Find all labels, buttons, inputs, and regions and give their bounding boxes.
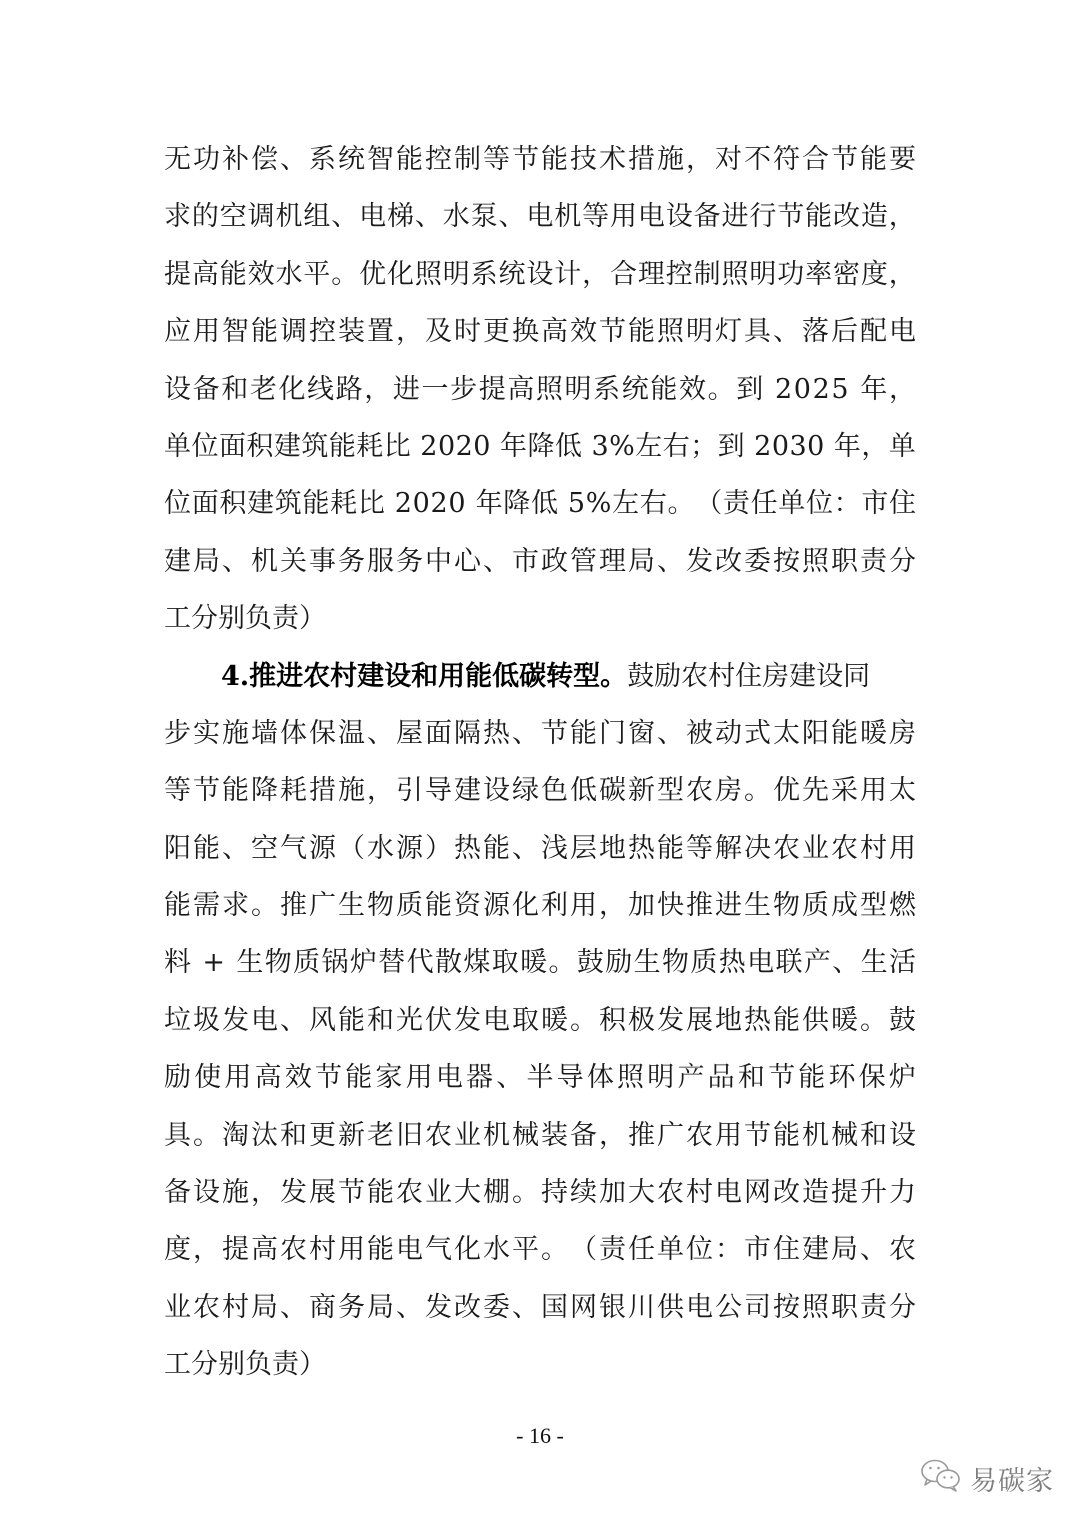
- text-line: 位面积建筑能耗比 2020 年降低 5%左右。（责任单位：市住: [164, 475, 916, 532]
- text-line: 阳能、空气源（水源）热能、浅层地热能等解决农业农村用: [164, 820, 916, 877]
- text-line: 具。淘汰和更新老旧农业机械装备，推广农用节能机械和设: [164, 1107, 916, 1164]
- text-line: 单位面积建筑能耗比 2020 年降低 3%左右；到 2030 年，单: [164, 418, 916, 475]
- heading-line-text: 鼓励农村住房建设同: [627, 648, 870, 705]
- text-line: 备设施，发展节能农业大棚。持续加大农村电网改造提升力: [164, 1164, 916, 1221]
- watermark-label: 易碳家: [970, 1459, 1054, 1498]
- wechat-icon: [920, 1458, 962, 1498]
- text-line: 工分别负责）: [164, 1336, 916, 1393]
- section-heading-line: 4.推进农村建设和用能低碳转型。鼓励农村住房建设同: [164, 648, 916, 705]
- text-line: 能需求。推广生物质能资源化利用，加快推进生物质成型燃: [164, 877, 916, 934]
- document-body: 无功补偿、系统智能控制等节能技术措施，对不符合节能要 求的空调机组、电梯、水泵、…: [164, 131, 916, 1394]
- page-number: - 16 -: [0, 1423, 1080, 1449]
- text-line: 料 + 生物质锅炉替代散煤取暖。鼓励生物质热电联产、生活: [164, 934, 916, 991]
- text-line: 工分别负责）: [164, 590, 916, 647]
- text-line: 垃圾发电、风能和光伏发电取暖。积极发展地热能供暖。鼓: [164, 992, 916, 1049]
- text-line: 励使用高效节能家用电器、半导体照明产品和节能环保炉: [164, 1049, 916, 1106]
- watermark: 易碳家: [920, 1458, 1054, 1498]
- text-line: 提高能效水平。优化照明系统设计，合理控制照明功率密度，: [164, 246, 916, 303]
- text-line: 设备和老化线路，进一步提高照明系统能效。到 2025 年，: [164, 361, 916, 418]
- text-line: 建局、机关事务服务中心、市政管理局、发改委按照职责分: [164, 533, 916, 590]
- text-line: 度，提高农村用能电气化水平。（责任单位：市住建局、农: [164, 1221, 916, 1278]
- section-heading: 4.推进农村建设和用能低碳转型。: [221, 648, 627, 705]
- text-line: 等节能降耗措施，引导建设绿色低碳新型农房。优先采用太: [164, 762, 916, 819]
- text-line: 应用智能调控装置，及时更换高效节能照明灯具、落后配电: [164, 303, 916, 360]
- document-page: 无功补偿、系统智能控制等节能技术措施，对不符合节能要 求的空调机组、电梯、水泵、…: [0, 0, 1080, 1526]
- text-line: 业农村局、商务局、发改委、国网银川供电公司按照职责分: [164, 1279, 916, 1336]
- text-line: 无功补偿、系统智能控制等节能技术措施，对不符合节能要: [164, 131, 916, 188]
- text-line: 求的空调机组、电梯、水泵、电机等用电设备进行节能改造，: [164, 188, 916, 245]
- text-line: 步实施墙体保温、屋面隔热、节能门窗、被动式太阳能暖房: [164, 705, 916, 762]
